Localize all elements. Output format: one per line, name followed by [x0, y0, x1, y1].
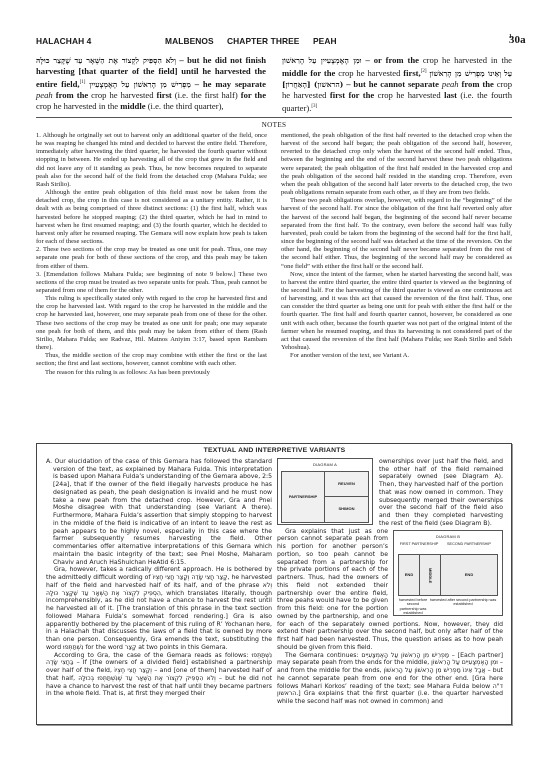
tractate-label: PEAH [313, 36, 337, 46]
running-header: HALACHAH 4 MALBENOS CHAPTER THREE PEAH 3… [36, 36, 512, 50]
footnote-ref[interactable]: [3] [311, 104, 317, 109]
divider [36, 117, 512, 118]
diagram-b-middle-cell: MIDDLE [420, 555, 441, 595]
note-paragraph: Thus, the middle section of the crop may… [36, 352, 267, 368]
note-1: 1. Although he originally set out to har… [36, 132, 267, 189]
halachah-label: HALACHAH 4 [36, 36, 91, 46]
notes-right-column: mentioned, the peah obligation of the fi… [281, 132, 512, 377]
diagram-b-end-cell: END [399, 555, 420, 595]
diagram-b-caption-left: harvested before second partnership was … [398, 598, 428, 615]
note-paragraph: The reason for this ruling is as follows… [36, 369, 267, 377]
hebrew-phrase: מַפְרִישׁ מִן הָרִאשׁוֹן עַל הָאֶמְצָעִי… [89, 80, 191, 89]
notes-left-column: 1. Although he originally set out to har… [36, 132, 267, 377]
note-paragraph: mentioned, the peah obligation of the fi… [281, 132, 512, 197]
work-title: MALBENOS [165, 36, 214, 46]
note-2: 2. These two sections of the crop may be… [36, 246, 267, 270]
diagram-b-second-partnership-label: SECOND PARTNERSHIP [440, 542, 498, 554]
variants-right-column: DIAGRAM A PARTNERSHIP REUVEN SHIMON owne… [277, 458, 503, 706]
footnote-ref[interactable]: [1] [80, 80, 86, 85]
hebrew-phrase: וְלֹא הִסְפִּיק לִקְצוֹר אֶת הַשְּׁאָר ע… [36, 56, 176, 65]
main-text-right-column: וּמִן הָאֶמְצָעִיין עַל הָרִאשׁוֹן – or … [282, 55, 512, 114]
variants-box: TEXTUAL AND INTERPRETIVE VARIANTS A. Our… [36, 443, 512, 725]
hebrew-phrase: וּמִן הָאֶמְצָעִיין עַל הָרִאשׁוֹן [282, 56, 362, 65]
note-paragraph: For another version of the text, see Var… [281, 352, 512, 360]
variants-heading: TEXTUAL AND INTERPRETIVE VARIANTS [46, 447, 503, 455]
diagram-a-reuven-cell: REUVEN [325, 472, 368, 498]
variant-a: A. Our elucidation of the case of this G… [46, 458, 272, 567]
diagram-b-first-partnership-label: FIRST PARTNERSHIP [398, 542, 440, 554]
note-paragraph: These two peah obligations overlap, howe… [281, 197, 512, 270]
diagram-b-title: DIAGRAM B [398, 533, 498, 541]
note-3: 3. [Emendation follows Mahara Fulda; see… [36, 271, 267, 295]
diagram-a-partnership-cell: PARTNERSHIP [282, 472, 325, 522]
note-paragraph: Although the entire peah obligation of t… [36, 189, 267, 246]
hebrew-phrase: וְאֵינוֹ מַפְרִישׁ מִן הָרִאשׁוֹן [429, 69, 501, 78]
variant-paragraph: Gra, however, takes a radically differen… [46, 566, 272, 651]
footnote-ref[interactable]: [2] [421, 69, 427, 74]
note-paragraph: Now, since the intent of the farmer, whe… [281, 271, 512, 353]
main-text: וְלֹא הִסְפִּיק לִקְצוֹר אֶת הַשְּׁאָר ע… [36, 55, 512, 114]
variant-paragraph: The Gemara continues: מַפְרִישׁ מִן הָרִ… [277, 652, 503, 706]
main-text-left-column: וְלֹא הִסְפִּיק לִקְצוֹר אֶת הַשְּׁאָר ע… [36, 55, 266, 114]
diagram-b: DIAGRAM B FIRST PARTNERSHIP SECOND PARTN… [393, 530, 503, 616]
diagram-a-shimon-cell: SHIMON [325, 497, 368, 522]
diagram-a: DIAGRAM A PARTNERSHIP REUVEN SHIMON [277, 458, 373, 525]
notes-heading: NOTES [36, 121, 512, 129]
diagram-a-title: DIAGRAM A [281, 461, 369, 469]
note-paragraph: This ruling is specifically stated only … [36, 295, 267, 352]
diagram-b-end-cell: END [441, 555, 497, 595]
chapter-label: CHAPTER THREE [227, 36, 300, 46]
variant-paragraph: According to Gra, the case of the Gemara… [46, 652, 272, 699]
notes-section: 1. Although he originally set out to har… [36, 132, 512, 377]
variants-left-column: A. Our elucidation of the case of this G… [46, 458, 272, 706]
diagram-b-caption-right: harvested after second partnership was e… [428, 598, 498, 615]
page-number: 30a1 [509, 34, 512, 46]
